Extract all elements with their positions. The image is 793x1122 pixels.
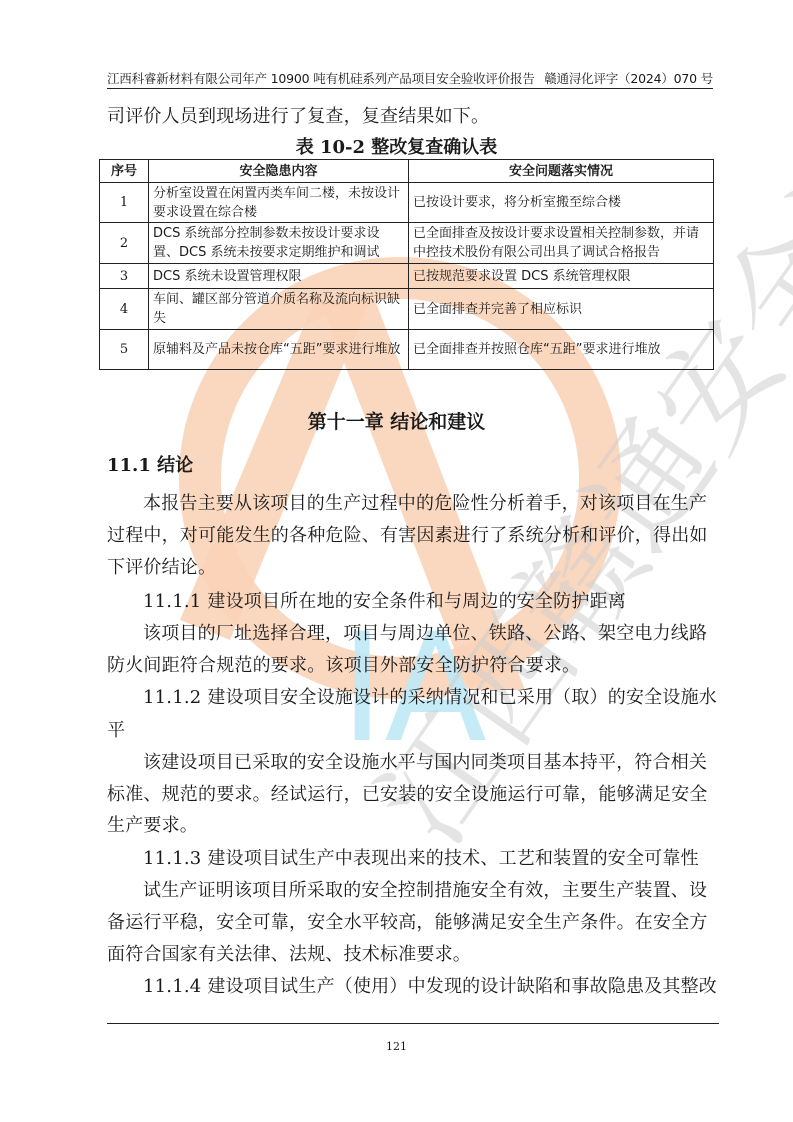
page-header: 江西科睿新材料有限公司年产 10900 吨有机硅系列产品项目安全验收评价报告 赣… (107, 69, 713, 89)
row-number: 2 (100, 223, 149, 264)
report-number: 赣通浔化评字（2024）070 号 (544, 69, 713, 87)
row-number: 4 (100, 289, 149, 330)
page-number: 121 (0, 1040, 793, 1053)
footer-divider (107, 1023, 719, 1024)
resolution-cell: 已全面排查并按照仓库“五距”要求进行堆放 (409, 330, 714, 370)
paragraph-line: 该建设项目已采取的安全设施水平与国内同类项目基本持平，符合相关 (143, 748, 707, 774)
row-number: 1 (100, 183, 149, 223)
issue-cell: 车间、罐区部分管道介质名称及流向标识缺失 (149, 289, 409, 330)
issue-cell: DCS 系统部分控制参数未按设计要求设置、DCS 系统未按要求定期维护和调试 (149, 223, 409, 264)
paragraph-line: 下评价结论。 (107, 553, 216, 579)
paragraph-line: 生产要求。 (107, 811, 198, 837)
row-number: 3 (100, 264, 149, 289)
subsection-heading: 平 (107, 716, 125, 742)
table-row: 1 分析室设置在闲置丙类车间二楼，未按设计要求设置在综合楼 已按设计要求，将分析… (100, 183, 714, 223)
paragraph-line: 备运行平稳，安全可靠，安全水平较高，能够满足安全生产条件。在安全方 (107, 908, 708, 934)
section-title: 11.1 结论 (107, 451, 193, 477)
issue-cell: 原辅料及产品未按仓库“五距”要求进行堆放 (149, 330, 409, 370)
rectification-table: 序号 安全隐患内容 安全问题落实情况 1 分析室设置在闲置丙类车间二楼，未按设计… (99, 159, 714, 370)
resolution-cell: 已全面排查及按设计要求设置相关控制参数，并请中控技术股份有限公司出具了调试合格报… (409, 223, 714, 264)
column-header: 安全问题落实情况 (409, 160, 714, 183)
paragraph-line: 防火间距符合规范的要求。该项目外部安全防护符合要求。 (107, 651, 580, 677)
paragraph-line: 试生产证明该项目所采取的安全控制措施安全有效，主要生产装置、设 (143, 876, 707, 902)
chapter-title: 第十一章 结论和建议 (0, 407, 793, 434)
subsection-heading: 11.1.3 建设项目试生产中表现出来的技术、工艺和装置的安全可靠性 (143, 844, 699, 870)
table-row: 2 DCS 系统部分控制参数未按设计要求设置、DCS 系统未按要求定期维护和调试… (100, 223, 714, 264)
column-header: 序号 (100, 160, 149, 183)
table-row: 3 DCS 系统未设置管理权限 已按规范要求设置 DCS 系统管理权限 (100, 264, 714, 289)
resolution-cell: 已按规范要求设置 DCS 系统管理权限 (409, 264, 714, 289)
subsection-heading: 11.1.4 建设项目试生产（使用）中发现的设计缺陷和事故隐患及其整改 (143, 972, 717, 998)
resolution-cell: 已全面排查并完善了相应标识 (409, 289, 714, 330)
issue-cell: DCS 系统未设置管理权限 (149, 264, 409, 289)
paragraph-line: 本报告主要从该项目的生产过程中的危险性分析着手，对该项目在生产 (143, 489, 707, 515)
table-row: 4 车间、罐区部分管道介质名称及流向标识缺失 已全面排查并完善了相应标识 (100, 289, 714, 330)
column-header: 安全隐患内容 (149, 160, 409, 183)
table-row: 5 原辅料及产品未按仓库“五距”要求进行堆放 已全面排查并按照仓库“五距”要求进… (100, 330, 714, 370)
paragraph-line: 过程中，对可能发生的各种危险、有害因素进行了系统分析和评价，得出如 (107, 521, 708, 547)
document-page: 江西科睿新材料有限公司年产 10900 吨有机硅系列产品项目安全验收评价报告 赣… (0, 0, 793, 1122)
table-header-row: 序号 安全隐患内容 安全问题落实情况 (100, 160, 714, 183)
paragraph-line: 面符合国家有关法律、法规、技术标准要求。 (107, 940, 471, 966)
resolution-cell: 已按设计要求，将分析室搬至综合楼 (409, 183, 714, 223)
intro-line: 司评价人员到现场进行了复查，复查结果如下。 (107, 102, 489, 128)
row-number: 5 (100, 330, 149, 370)
table-caption: 表 10-2 整改复查确认表 (0, 133, 793, 159)
paragraph-line: 标准、规范的要求。经试运行，已安装的安全设施运行可靠，能够满足安全 (107, 780, 708, 806)
subsection-heading: 11.1.1 建设项目所在地的安全条件和与周边的安全防护距离 (143, 587, 626, 613)
issue-cell: 分析室设置在闲置丙类车间二楼，未按设计要求设置在综合楼 (149, 183, 409, 223)
report-title: 江西科睿新材料有限公司年产 10900 吨有机硅系列产品项目安全验收评价报告 (107, 69, 535, 87)
subsection-heading: 11.1.2 建设项目安全设施设计的采纳情况和已采用（取）的安全设施水 (143, 683, 717, 709)
paragraph-line: 该项目的厂址选择合理，项目与周边单位、铁路、公路、架空电力线路 (143, 619, 707, 645)
